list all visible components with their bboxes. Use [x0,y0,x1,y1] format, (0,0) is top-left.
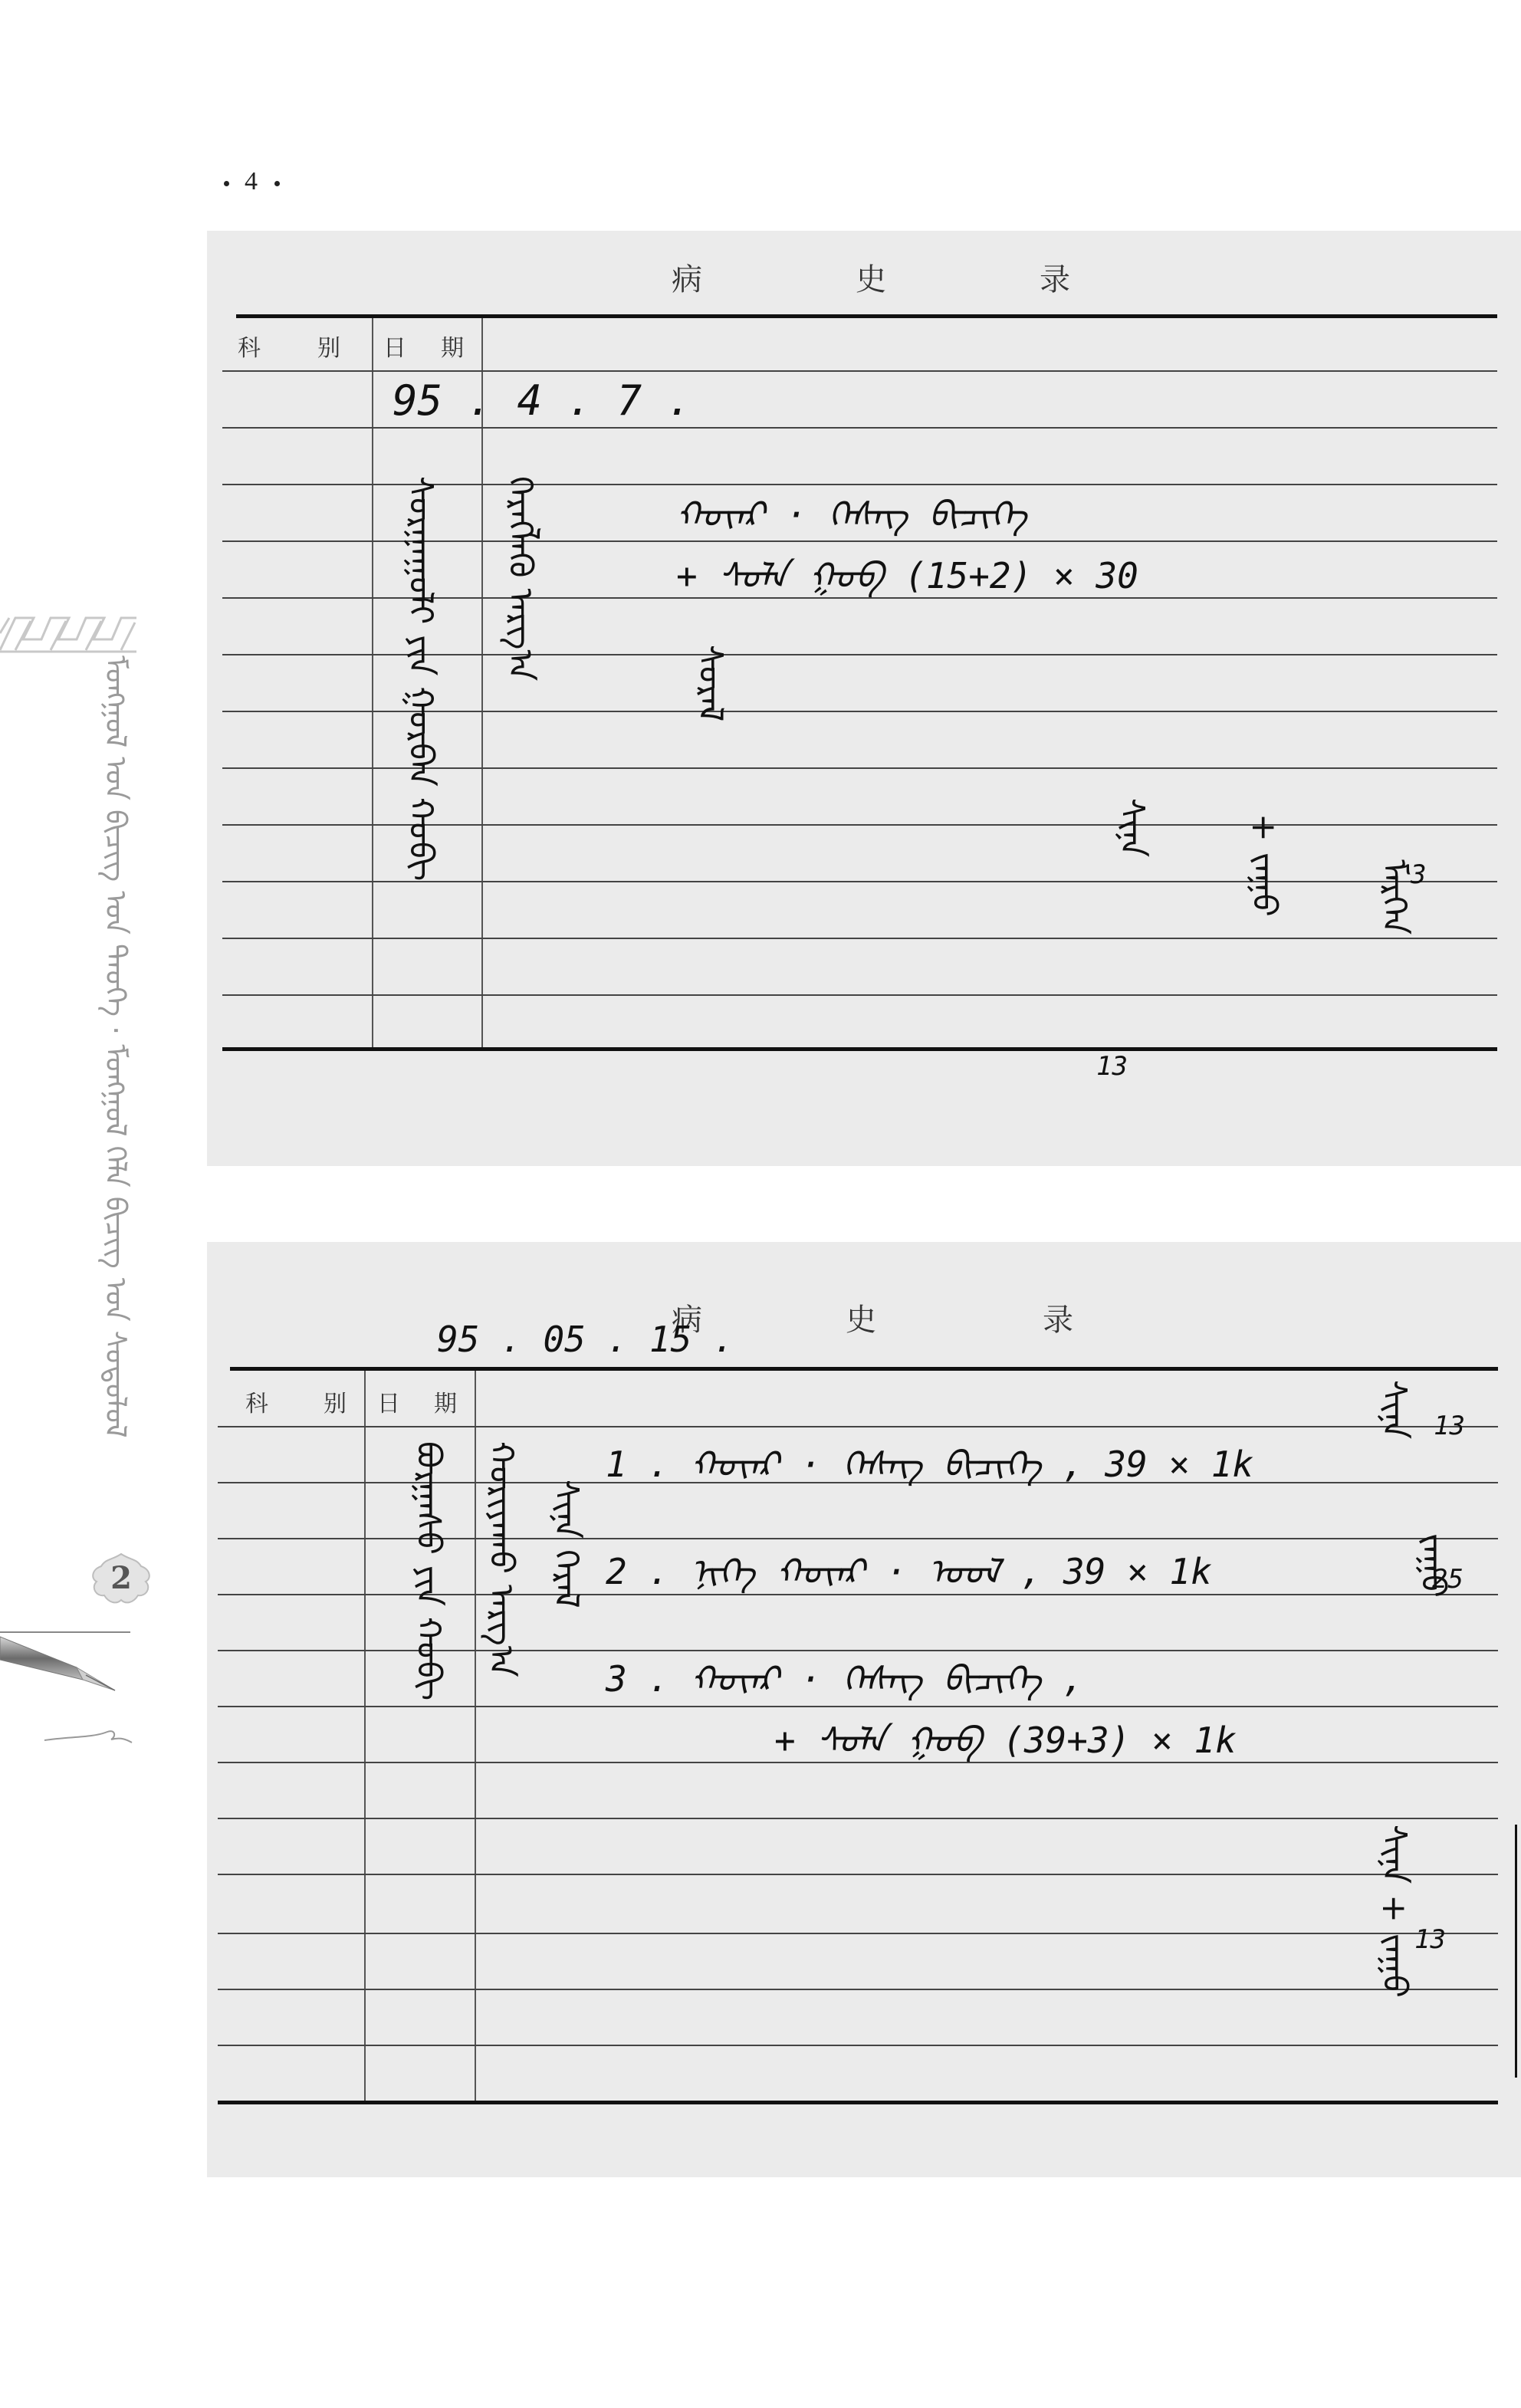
handwritten-vertical-note: ᠰᠢᠨᠡ ᠭᠡᠷᠡᠯ [537,1480,596,1608]
fountain-pen-icon [0,1629,138,1752]
handwritten-date: 95 . 05 . 15 . [437,1319,734,1360]
ruled-line [218,1989,1498,1990]
column-divider [364,1371,366,2101]
handwritten-line: ᠬᠣᠶ᠋ᠠᠷ · ᠬᠡᠰᠡᠭ ᠪᠢᠴᠢᠭᠡ [676,476,1027,537]
medical-record-form-2: 病 史 录 科 别 日 期 95 . 05 . 15 . ᠪᠤᠷᠭᠠᠰᠤ ᠶᠢᠨ… [207,1242,1521,2177]
handwritten-line: 1 . ᠬᠣᠶ᠋ᠠᠷ · ᠬᠡᠰᠡᠭ ᠪᠢᠴᠢᠭᠡ , 39 × 1k [606,1426,1253,1487]
handwritten-vertical-note: ᠰᠣᠷᠭᠠᠭᠤᠯᠢ ᠶᠢᠨ ᠭᠤᠷᠪᠠᠨ ᠬᠤᠪᠢ [391,476,450,881]
ruled-line [222,881,1497,882]
header-rule [236,314,1497,318]
ruled-line [222,370,1497,372]
handwritten-vertical-note: ᠬᠡᠷᠡᠭᠯᠡᠬᠦ ᠠᠷᠭ᠎ᠠ [491,476,550,681]
form-title-char: 史 [846,1296,876,1339]
ruled-line [222,994,1497,996]
medical-record-form-1: 病 史 录 科 别 日 期 95 . 4 . 7 . ᠰᠣᠷᠭᠠᠭᠤᠯᠢ ᠶᠢᠨ… [207,231,1521,1166]
handwritten-line: + ᠰᠤᠯᠠ ᠭᠤᠪ (15+2) × 30 [676,537,1138,599]
ruled-line [218,1874,1498,1875]
chapter-badge: 2 [90,1552,152,1606]
department-label: 别 [324,1385,347,1418]
signature-note: 13 [1096,1051,1128,1082]
department-label: 科 [245,1385,268,1418]
date-label: 期 [434,1385,457,1418]
ruled-line [218,1818,1498,1819]
bullet-dot [274,181,280,186]
handwritten-date: 95 . 4 . 7 . [393,376,692,425]
signature-note: 3 [1411,859,1426,890]
date-label: 期 [441,329,464,363]
handwritten-note: ᠰᠣᠷᠠᠯ [681,645,740,721]
signature-note: 13 [1414,1924,1446,1955]
ruled-line [222,427,1497,429]
ruled-line [222,938,1497,939]
department-label: 科 [238,329,261,363]
edge-mark [1515,1825,1517,2078]
form-title-char: 录 [1040,255,1070,299]
date-label: 日 [383,329,406,363]
ruled-line [218,1933,1498,1934]
border-ornament-icon [0,613,136,653]
page-number-value: 4 [245,167,259,195]
chapter-number: 2 [90,1560,152,1596]
bullet-dot [224,181,229,186]
signature: ᠰᠢᠨᠡ + ᠵᠠᠭᠤ [1365,1825,1424,1998]
footer-rule [222,1047,1497,1051]
signature-note: 25 [1432,1564,1464,1595]
form-title-char: 史 [856,255,886,299]
signature: + ᠵᠠᠭᠤ [1234,813,1293,917]
form-title-char: 病 [672,255,702,299]
signature: ᠰᠢᠨᠡ [1365,1380,1424,1439]
ruled-line [218,2045,1498,2046]
signature-note: 13 [1434,1411,1465,1441]
handwritten-line: 2 . ᠨᠢᠭᠡ ᠬᠣᠶ᠋ᠠᠷ · ᠤᠤᠯ , 39 × 1k [606,1533,1212,1595]
handwritten-vertical-note: ᠪᠤᠷᠭᠠᠰᠤ ᠶᠢᠨ ᠬᠤᠪᠢ [399,1441,458,1700]
handwritten-line: + ᠰᠤᠯᠠ ᠭᠤᠪ (39+3) × 1k [774,1702,1237,1763]
form-title-char: 录 [1043,1296,1073,1339]
running-title-vertical: ᠮᠣᠩᠭᠣᠯ ᠤᠨ ᠪᠢᠴᠢᠭ᠌ ᠤᠨ ᠲᠡᠦᠬᠡ · ᠮᠣᠩᠭᠣᠯ ᠬᠡᠯᠡ … [90,655,136,1598]
department-label: 别 [317,329,340,363]
footer-rule [218,2101,1498,2104]
handwritten-vertical-note: ᠬᠤᠷᠢᠶᠠᠬᠤ ᠠᠷᠭ᠎ᠠ [471,1441,531,1677]
signature: ᠰᠢᠨᠡ [1102,798,1161,857]
page-number: 4 [209,167,295,196]
header-rule [230,1367,1498,1371]
handwritten-line: 3 . ᠬᠣᠶ᠋ᠠᠷ · ᠬᠡᠰᠡᠭ ᠪᠢᠴᠢᠭᠡ , [606,1641,1084,1702]
date-label: 日 [377,1385,400,1418]
